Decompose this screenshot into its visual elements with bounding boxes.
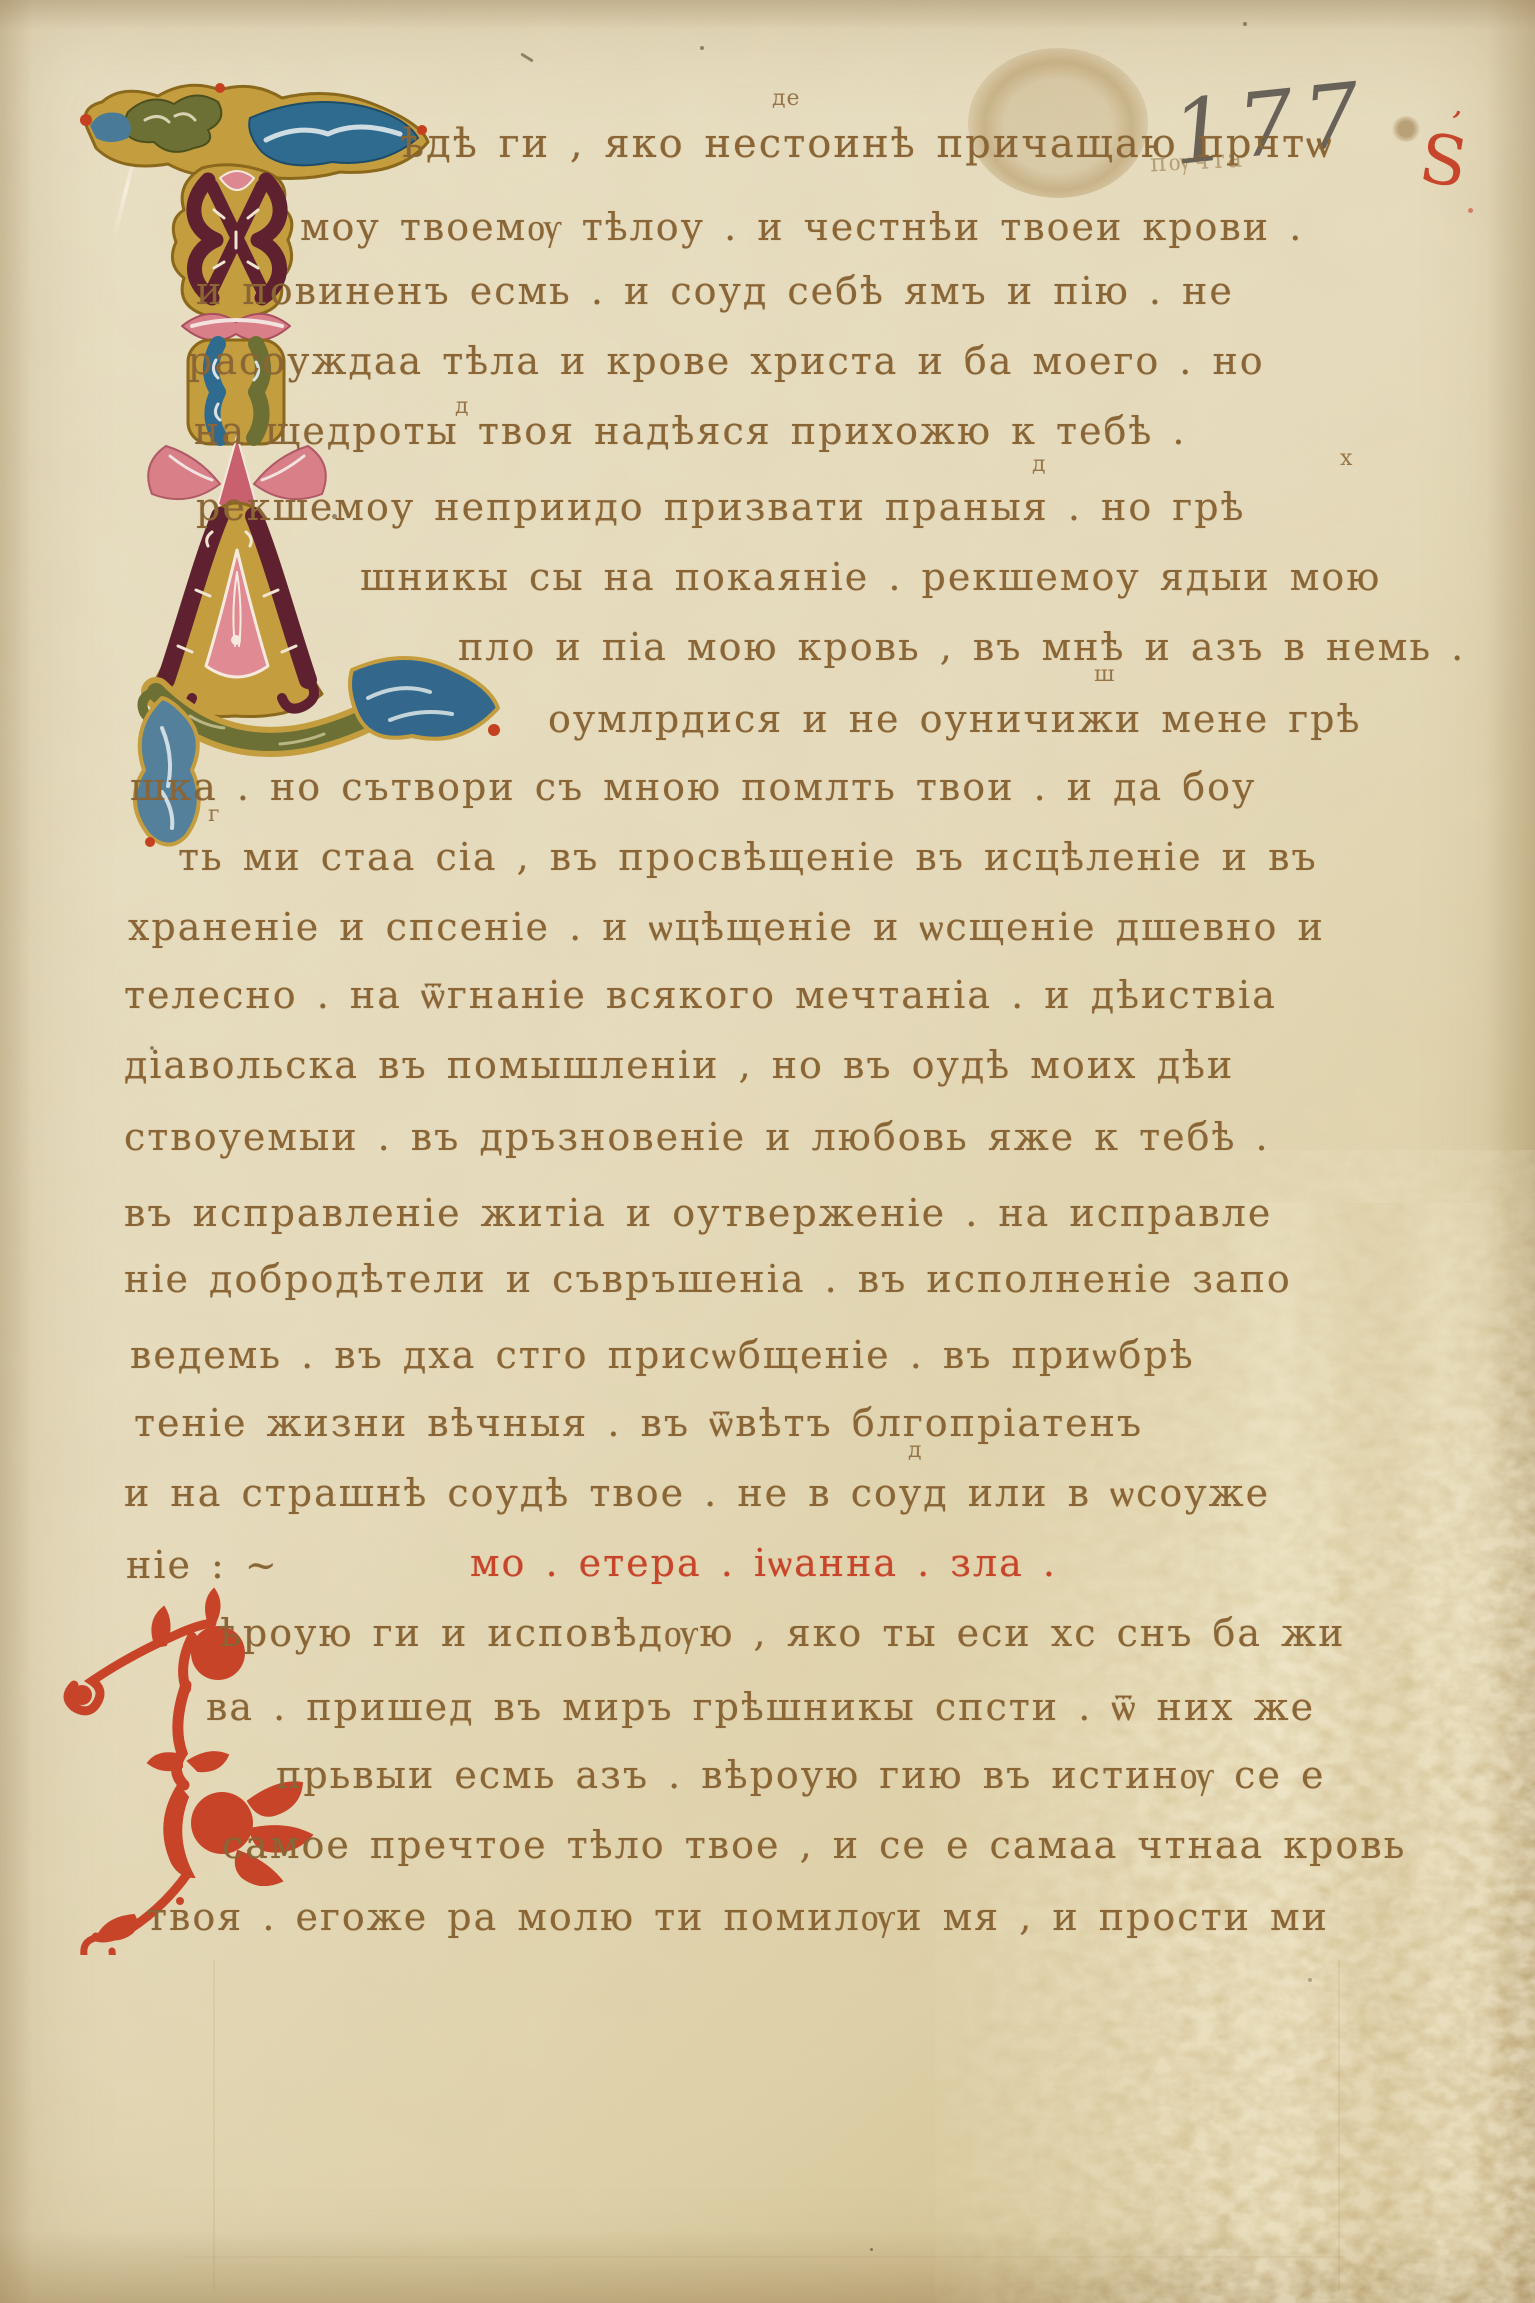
- superscript-letter: г: [208, 802, 221, 827]
- superscript-letter: д: [1032, 452, 1047, 477]
- text-line: ть ми стаа сіа , въ просвѣщеніе въ исцѣл…: [178, 838, 1318, 876]
- text-line: теніе жизни вѣчныя . въ ѿвѣтъ блгопріате…: [134, 1404, 1143, 1442]
- text-line: телесно . на ѿгнаніе всякого мечтаніа . …: [124, 976, 1277, 1014]
- text-line: шка . но сътвори съ мною помлть твои . и…: [130, 768, 1256, 806]
- text-line: и на страшнѣ соудѣ твое . не в соуд или …: [124, 1474, 1270, 1512]
- text-line: рекшемоу неприидо призвати праныя . но г…: [196, 488, 1245, 526]
- manuscript-page: 177 Ѕ ʼ пѹчта ѣдѣ ги , яко нестоинѣ прич…: [0, 0, 1535, 2303]
- text-line: ва . пришед въ миръ грѣшникы спсти . ѿ н…: [206, 1688, 1315, 1726]
- text-line: храненіе и спсеніе . и ѡцѣщеніе и ѡсщені…: [128, 908, 1325, 946]
- text-line: ствоуемыи . въ дръзновеніе и любовь яже …: [124, 1118, 1270, 1156]
- ruling-impression: [1338, 1960, 1340, 2290]
- text-line: самое пречтое тѣло твое , и се е самаа ч…: [222, 1826, 1406, 1864]
- text-line: расоуждаа тѣла и крове христа и ба моего…: [188, 342, 1265, 380]
- text-line: моу твоемѹ тѣлоу . и честнѣи твоеи крови…: [300, 208, 1303, 246]
- ruling-impression: [185, 2256, 1345, 2258]
- text-line: пло и піа мою кровь , въ мнѣ и азъ в нем…: [458, 628, 1465, 666]
- ruling-impression: [213, 1960, 215, 2290]
- text-line: ведемь . въ дха стго присѡбщеніе . въ пр…: [130, 1336, 1195, 1374]
- small-stain: [1392, 116, 1420, 142]
- text-line: діавольска въ помышленіи , но въ оудѣ мо…: [124, 1046, 1234, 1084]
- superscript-letter: д: [908, 1438, 923, 1463]
- illuminated-initial-V: [70, 80, 500, 860]
- text-line: въ исправленіе житіа и оутверженіе . на …: [124, 1194, 1272, 1232]
- text-line: оумлрдися и не оуничижи мене грѣ: [548, 700, 1361, 738]
- text-line: и повиненъ есмь . и соуд себѣ ямъ и пію …: [196, 272, 1234, 310]
- text-line: твоя . егоже ра молю ти помилѹи мя , и п…: [146, 1898, 1329, 1936]
- superscript-letter: х: [1340, 446, 1353, 471]
- superscript-letter: д: [455, 394, 470, 419]
- superscript-letter: ш: [1094, 662, 1115, 687]
- rubric-title: мо . етера . іѡанна . зла .: [470, 1544, 1057, 1582]
- text-line: ѣдѣ ги , яко нестоинѣ причащаю прчтѡ: [400, 124, 1333, 164]
- superscript-letter: де: [772, 86, 801, 111]
- text-line: ніе : ~: [126, 1546, 279, 1584]
- text-line: ніе добродѣтели и съвръшеніа . въ исполн…: [124, 1260, 1292, 1298]
- text-line: шникы сы на покаяніе . рекшемоу ядыи мою: [360, 558, 1381, 596]
- text-line: ѣроую ги и исповѣдѹю , яко ты еси хс снъ…: [218, 1614, 1345, 1652]
- text-line: прьвыи есмь азъ . вѣроую гию въ истинѹ с…: [276, 1756, 1326, 1794]
- text-line: на щедроты твоя надѣяся прихожю к тебѣ .: [194, 412, 1186, 450]
